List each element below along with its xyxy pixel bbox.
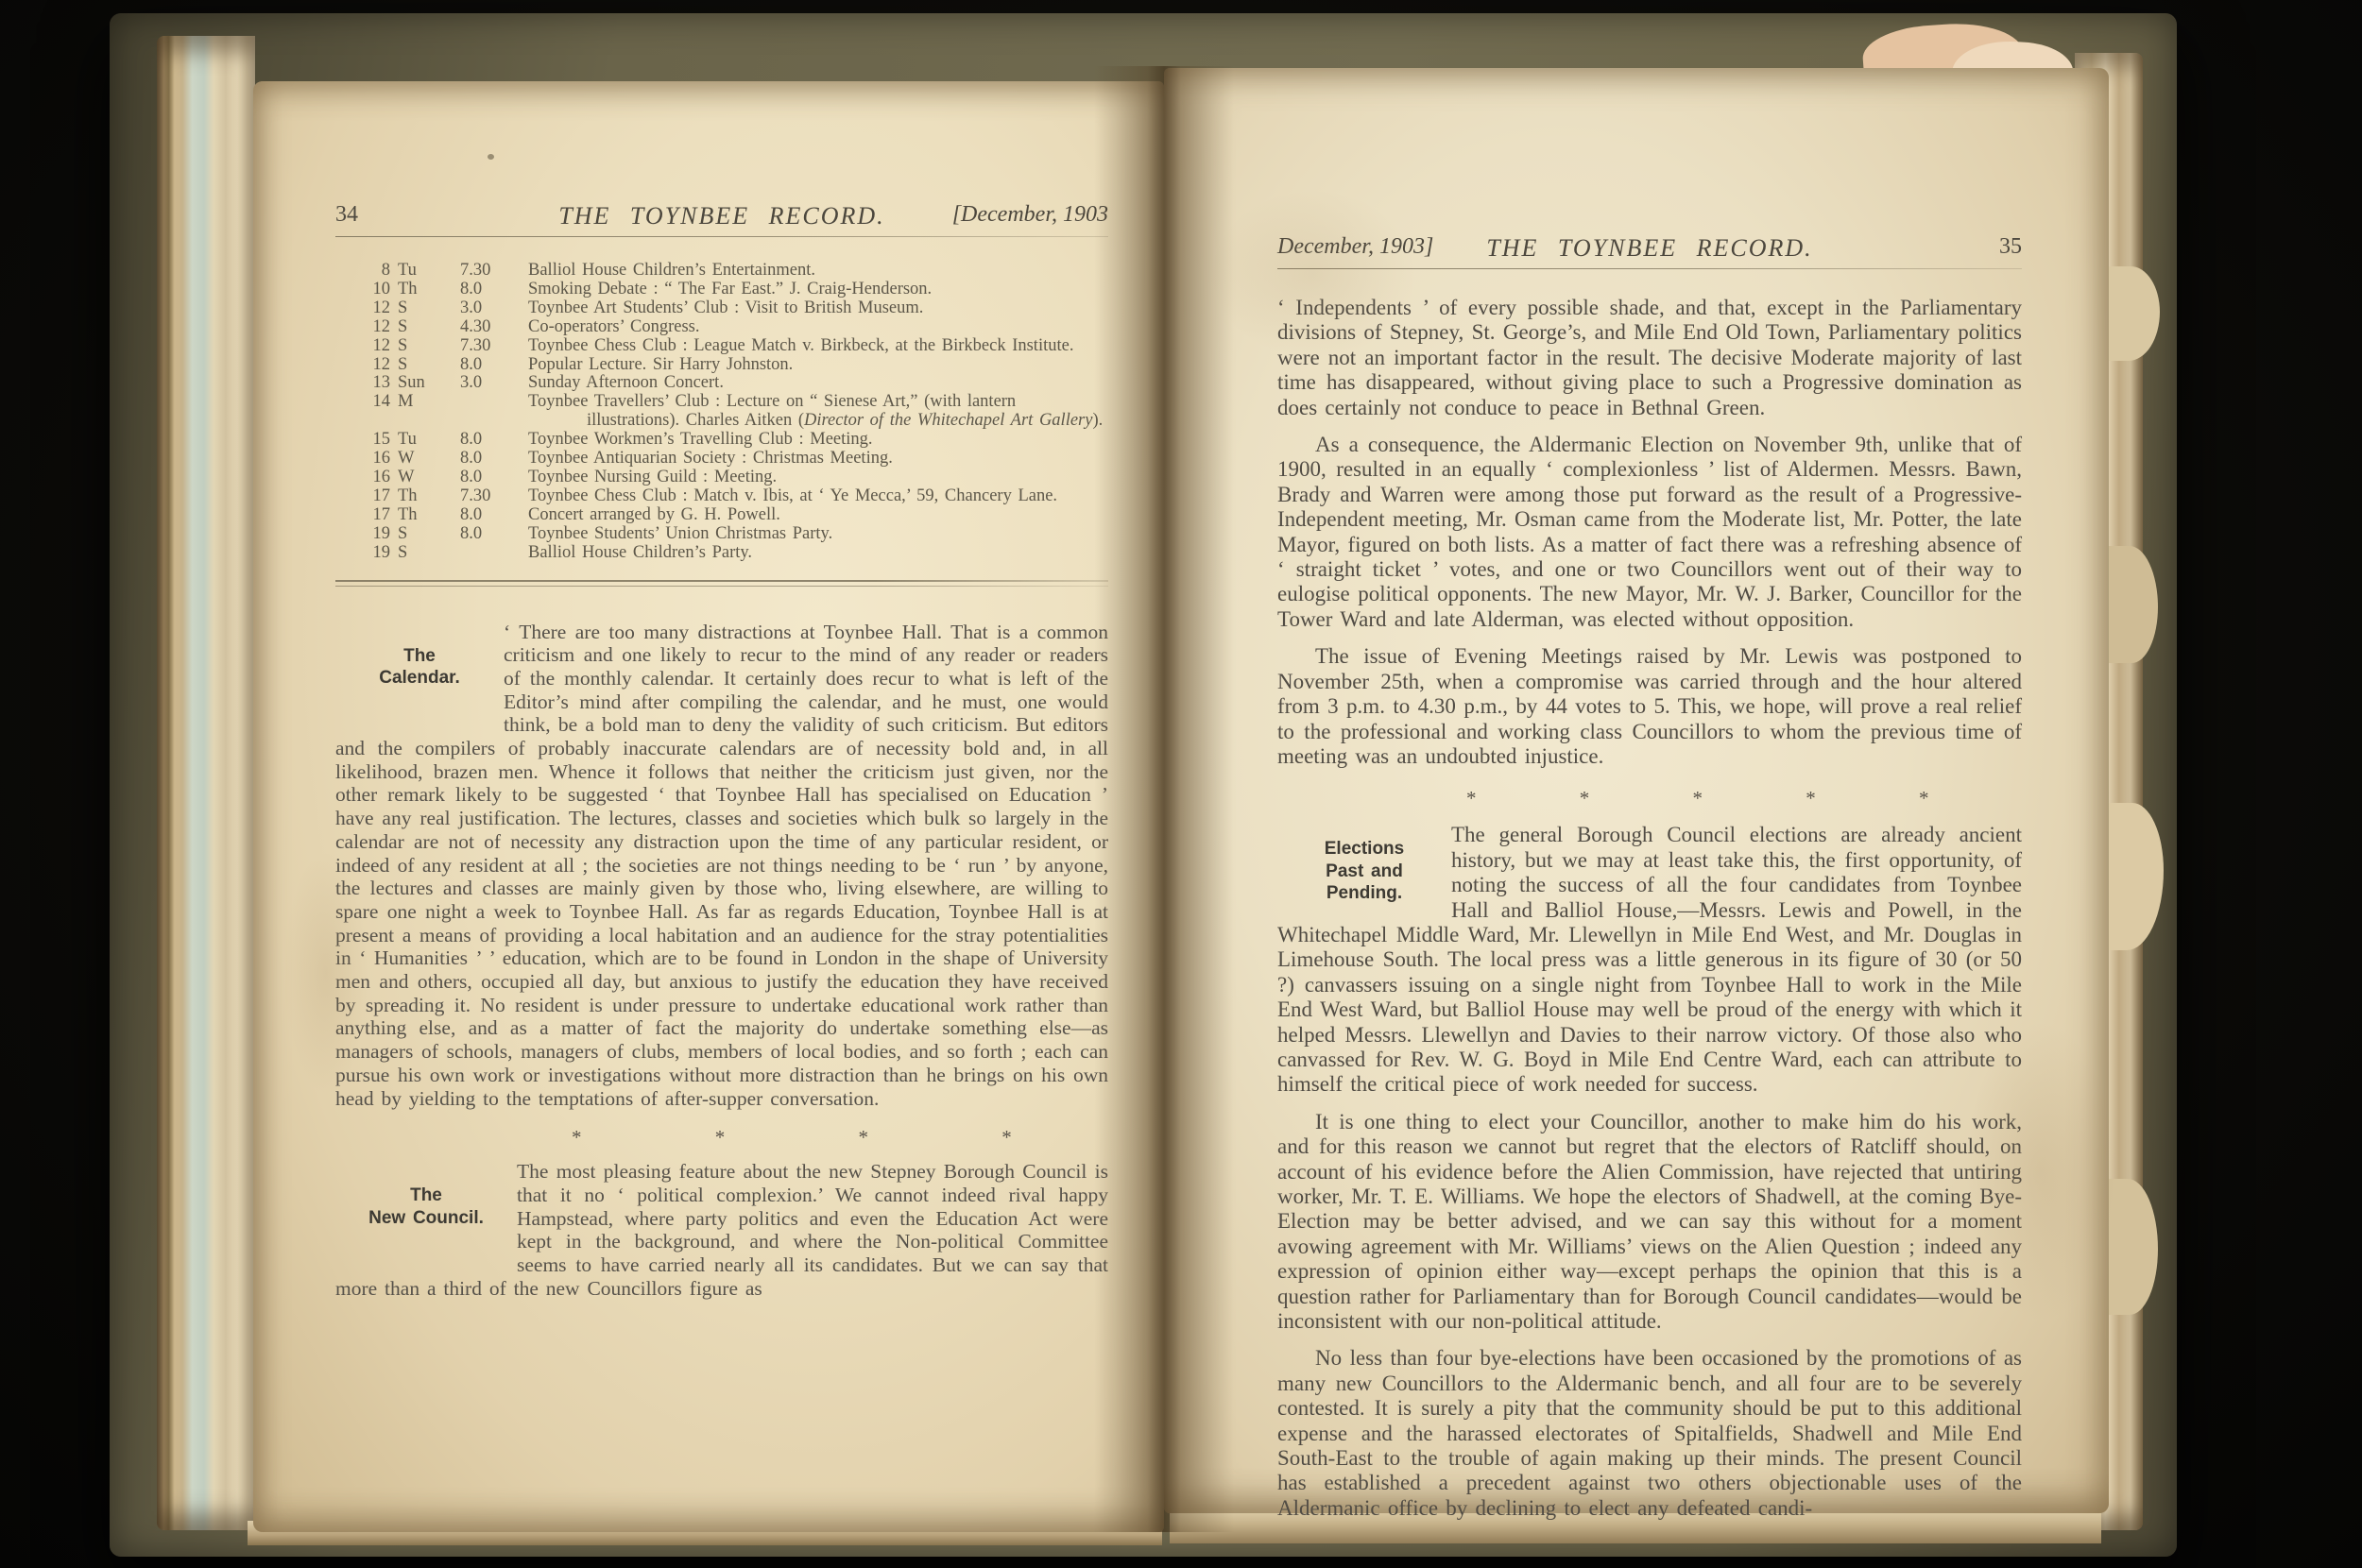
calendar-time: 7.30 — [460, 262, 521, 281]
calendar-row: 14MToynbee Travellers’ Club : Lecture on… — [364, 393, 1108, 431]
header-rule-right — [1277, 268, 2022, 269]
calendar-row: 12S7.30Toynbee Chess Club : League Match… — [364, 337, 1108, 356]
calendar-time — [460, 393, 521, 431]
calendar-day: 19 — [364, 544, 390, 563]
page-stack-left-edge — [157, 36, 255, 1530]
calendar-day: 12 — [364, 337, 390, 356]
calendar-weekday: Sun — [398, 374, 453, 393]
calendar-row: 12S8.0Popular Lecture. Sir Harry Johnsto… — [364, 356, 1108, 375]
calendar-event-text: Toynbee Chess Club : Match v. Ibis, at ‘… — [528, 487, 1108, 506]
calendar-time: 7.30 — [460, 487, 521, 506]
calendar-weekday: S — [398, 356, 453, 375]
calendar-event-text: Balliol House Children’s Party. — [528, 544, 1108, 563]
header-rule-left — [335, 236, 1108, 237]
calendar-weekday: S — [398, 337, 453, 356]
paragraph-text: No less than four bye-elections have bee… — [1277, 1346, 2022, 1519]
calendar-day: 14 — [364, 393, 390, 431]
calendar-time: 8.0 — [460, 356, 521, 375]
paragraph-the-new-council: The New Council.The most pleasing featur… — [335, 1160, 1108, 1300]
calendar-day: 13 — [364, 374, 390, 393]
calendar-event-text: Toynbee Chess Club : League Match v. Bir… — [528, 337, 1108, 356]
calendar-day: 17 — [364, 506, 390, 525]
calendar-weekday: W — [398, 450, 453, 469]
calendar-weekday: S — [398, 318, 453, 337]
calendar-row: 16W8.0Toynbee Nursing Guild : Meeting. — [364, 469, 1108, 487]
paragraph-text: It is one thing to elect your Councillor… — [1277, 1110, 2022, 1333]
calendar-time: 8.0 — [460, 431, 521, 450]
calendar-weekday: S — [398, 525, 453, 544]
calendar-event-text: Smoking Debate : “ The Far East.” J. Cra… — [528, 281, 1108, 299]
calendar-time: 8.0 — [460, 281, 521, 299]
journal-title-right: THE TOYNBEE RECORD. — [1277, 234, 2022, 263]
calendar-event-text: Toynbee Students’ Union Christmas Party. — [528, 525, 1108, 544]
photo-background: 34 THE TOYNBEE RECORD. [December, 1903 8… — [0, 0, 2362, 1568]
paragraph-text: ‘ Independents ’ of every possible shade… — [1277, 296, 2022, 419]
calendar-event-text: Popular Lecture. Sir Harry Johnston. — [528, 356, 1108, 375]
sidenote-the-new-council: The New Council. — [335, 1160, 517, 1253]
calendar-day: 12 — [364, 318, 390, 337]
calendar-time: 8.0 — [460, 469, 521, 487]
paragraph-text: As a consequence, the Aldermanic Electio… — [1277, 433, 2022, 631]
calendar-event-text: Sunday Afternoon Concert. — [528, 374, 1108, 393]
ink-speck — [488, 154, 494, 160]
paragraph: It is one thing to elect your Councillor… — [1277, 1110, 2022, 1335]
calendar-row: 15Tu8.0Toynbee Workmen’s Travelling Club… — [364, 431, 1108, 450]
paragraph: The issue of Evening Meetings raised by … — [1277, 644, 2022, 769]
calendar-event-text: Co-operators’ Congress. — [528, 318, 1108, 337]
journal-title-left: THE TOYNBEE RECORD. — [335, 202, 1108, 230]
calendar-day: 10 — [364, 281, 390, 299]
calendar-time: 3.0 — [460, 374, 521, 393]
sidenote-the-calendar: The Calendar. — [335, 621, 504, 714]
calendar-time: 3.0 — [460, 299, 521, 318]
paragraph-the-calendar: The Calendar.‘ There are too many distra… — [335, 621, 1108, 1111]
calendar-day: 8 — [364, 262, 390, 281]
calendar-weekday: W — [398, 469, 453, 487]
calendar-event-text: Toynbee Art Students’ Club : Visit to Br… — [528, 299, 1108, 318]
calendar-time — [460, 544, 521, 563]
calendar-weekday: Th — [398, 506, 453, 525]
paragraph: No less than four bye-elections have bee… — [1277, 1346, 2022, 1521]
calendar-time: 8.0 — [460, 525, 521, 544]
calendar-row: 8Tu7.30Balliol House Children’s Entertai… — [364, 262, 1108, 281]
calendar-weekday: Th — [398, 487, 453, 506]
right-page-header: December, 1903] THE TOYNBEE RECORD. 35 — [1277, 234, 2022, 260]
calendar-event-text: Toynbee Antiquarian Society : Christmas … — [528, 450, 1108, 469]
asterisk-separator-left: * * * * — [572, 1126, 1108, 1150]
calendar-event-text: Toynbee Nursing Guild : Meeting. — [528, 469, 1108, 487]
section-divider-rule — [335, 580, 1108, 587]
left-page: 34 THE TOYNBEE RECORD. [December, 1903 8… — [253, 81, 1164, 1532]
calendar-time: 8.0 — [460, 506, 521, 525]
left-page-header: 34 THE TOYNBEE RECORD. [December, 1903 — [335, 202, 1108, 228]
paragraph-text: The issue of Evening Meetings raised by … — [1277, 644, 2022, 768]
calendar-row: 16W8.0Toynbee Antiquarian Society : Chri… — [364, 450, 1108, 469]
paragraph-elections: Elections Past and Pending.The general B… — [1277, 823, 2022, 1097]
calendar-event-text: Toynbee Travellers’ Club : Lecture on “ … — [528, 393, 1108, 431]
calendar-event-text: Concert arranged by G. H. Powell. — [528, 506, 1108, 525]
right-page: December, 1903] THE TOYNBEE RECORD. 35 ‘… — [1164, 68, 2109, 1513]
calendar-day: 16 — [364, 469, 390, 487]
calendar-row: 17Th8.0Concert arranged by G. H. Powell. — [364, 506, 1108, 525]
calendar-day: 12 — [364, 356, 390, 375]
torn-page-tab — [2103, 546, 2158, 663]
calendar-row: 17Th7.30Toynbee Chess Club : Match v. Ib… — [364, 487, 1108, 506]
calendar-time: 4.30 — [460, 318, 521, 337]
calendar-list: 8Tu7.30Balliol House Children’s Entertai… — [364, 262, 1108, 563]
paragraph: ‘ Independents ’ of every possible shade… — [1277, 296, 2022, 420]
paragraph: As a consequence, the Aldermanic Electio… — [1277, 433, 2022, 632]
calendar-event-text: Toynbee Workmen’s Travelling Club : Meet… — [528, 431, 1108, 450]
calendar-weekday: S — [398, 299, 453, 318]
calendar-time: 7.30 — [460, 337, 521, 356]
calendar-day: 19 — [364, 525, 390, 544]
calendar-time: 8.0 — [460, 450, 521, 469]
calendar-day: 15 — [364, 431, 390, 450]
calendar-weekday: Tu — [398, 431, 453, 450]
calendar-weekday: S — [398, 544, 453, 563]
calendar-row: 19SBalliol House Children’s Party. — [364, 544, 1108, 563]
calendar-weekday: Tu — [398, 262, 453, 281]
calendar-day: 17 — [364, 487, 390, 506]
calendar-row: 13Sun3.0Sunday Afternoon Concert. — [364, 374, 1108, 393]
calendar-row: 12S3.0Toynbee Art Students’ Club : Visit… — [364, 299, 1108, 318]
calendar-weekday: Th — [398, 281, 453, 299]
calendar-row: 12S4.30Co-operators’ Congress. — [364, 318, 1108, 337]
calendar-day: 12 — [364, 299, 390, 318]
calendar-row: 10Th8.0Smoking Debate : “ The Far East.”… — [364, 281, 1108, 299]
calendar-row: 19S8.0Toynbee Students’ Union Christmas … — [364, 525, 1108, 544]
sidenote-elections-past-and-pending: Elections Past and Pending. — [1277, 823, 1451, 919]
asterisk-separator-right: * * * * * — [1466, 787, 2022, 810]
calendar-weekday: M — [398, 393, 453, 431]
calendar-day: 16 — [364, 450, 390, 469]
calendar-event-text: Balliol House Children’s Entertainment. — [528, 262, 1108, 281]
